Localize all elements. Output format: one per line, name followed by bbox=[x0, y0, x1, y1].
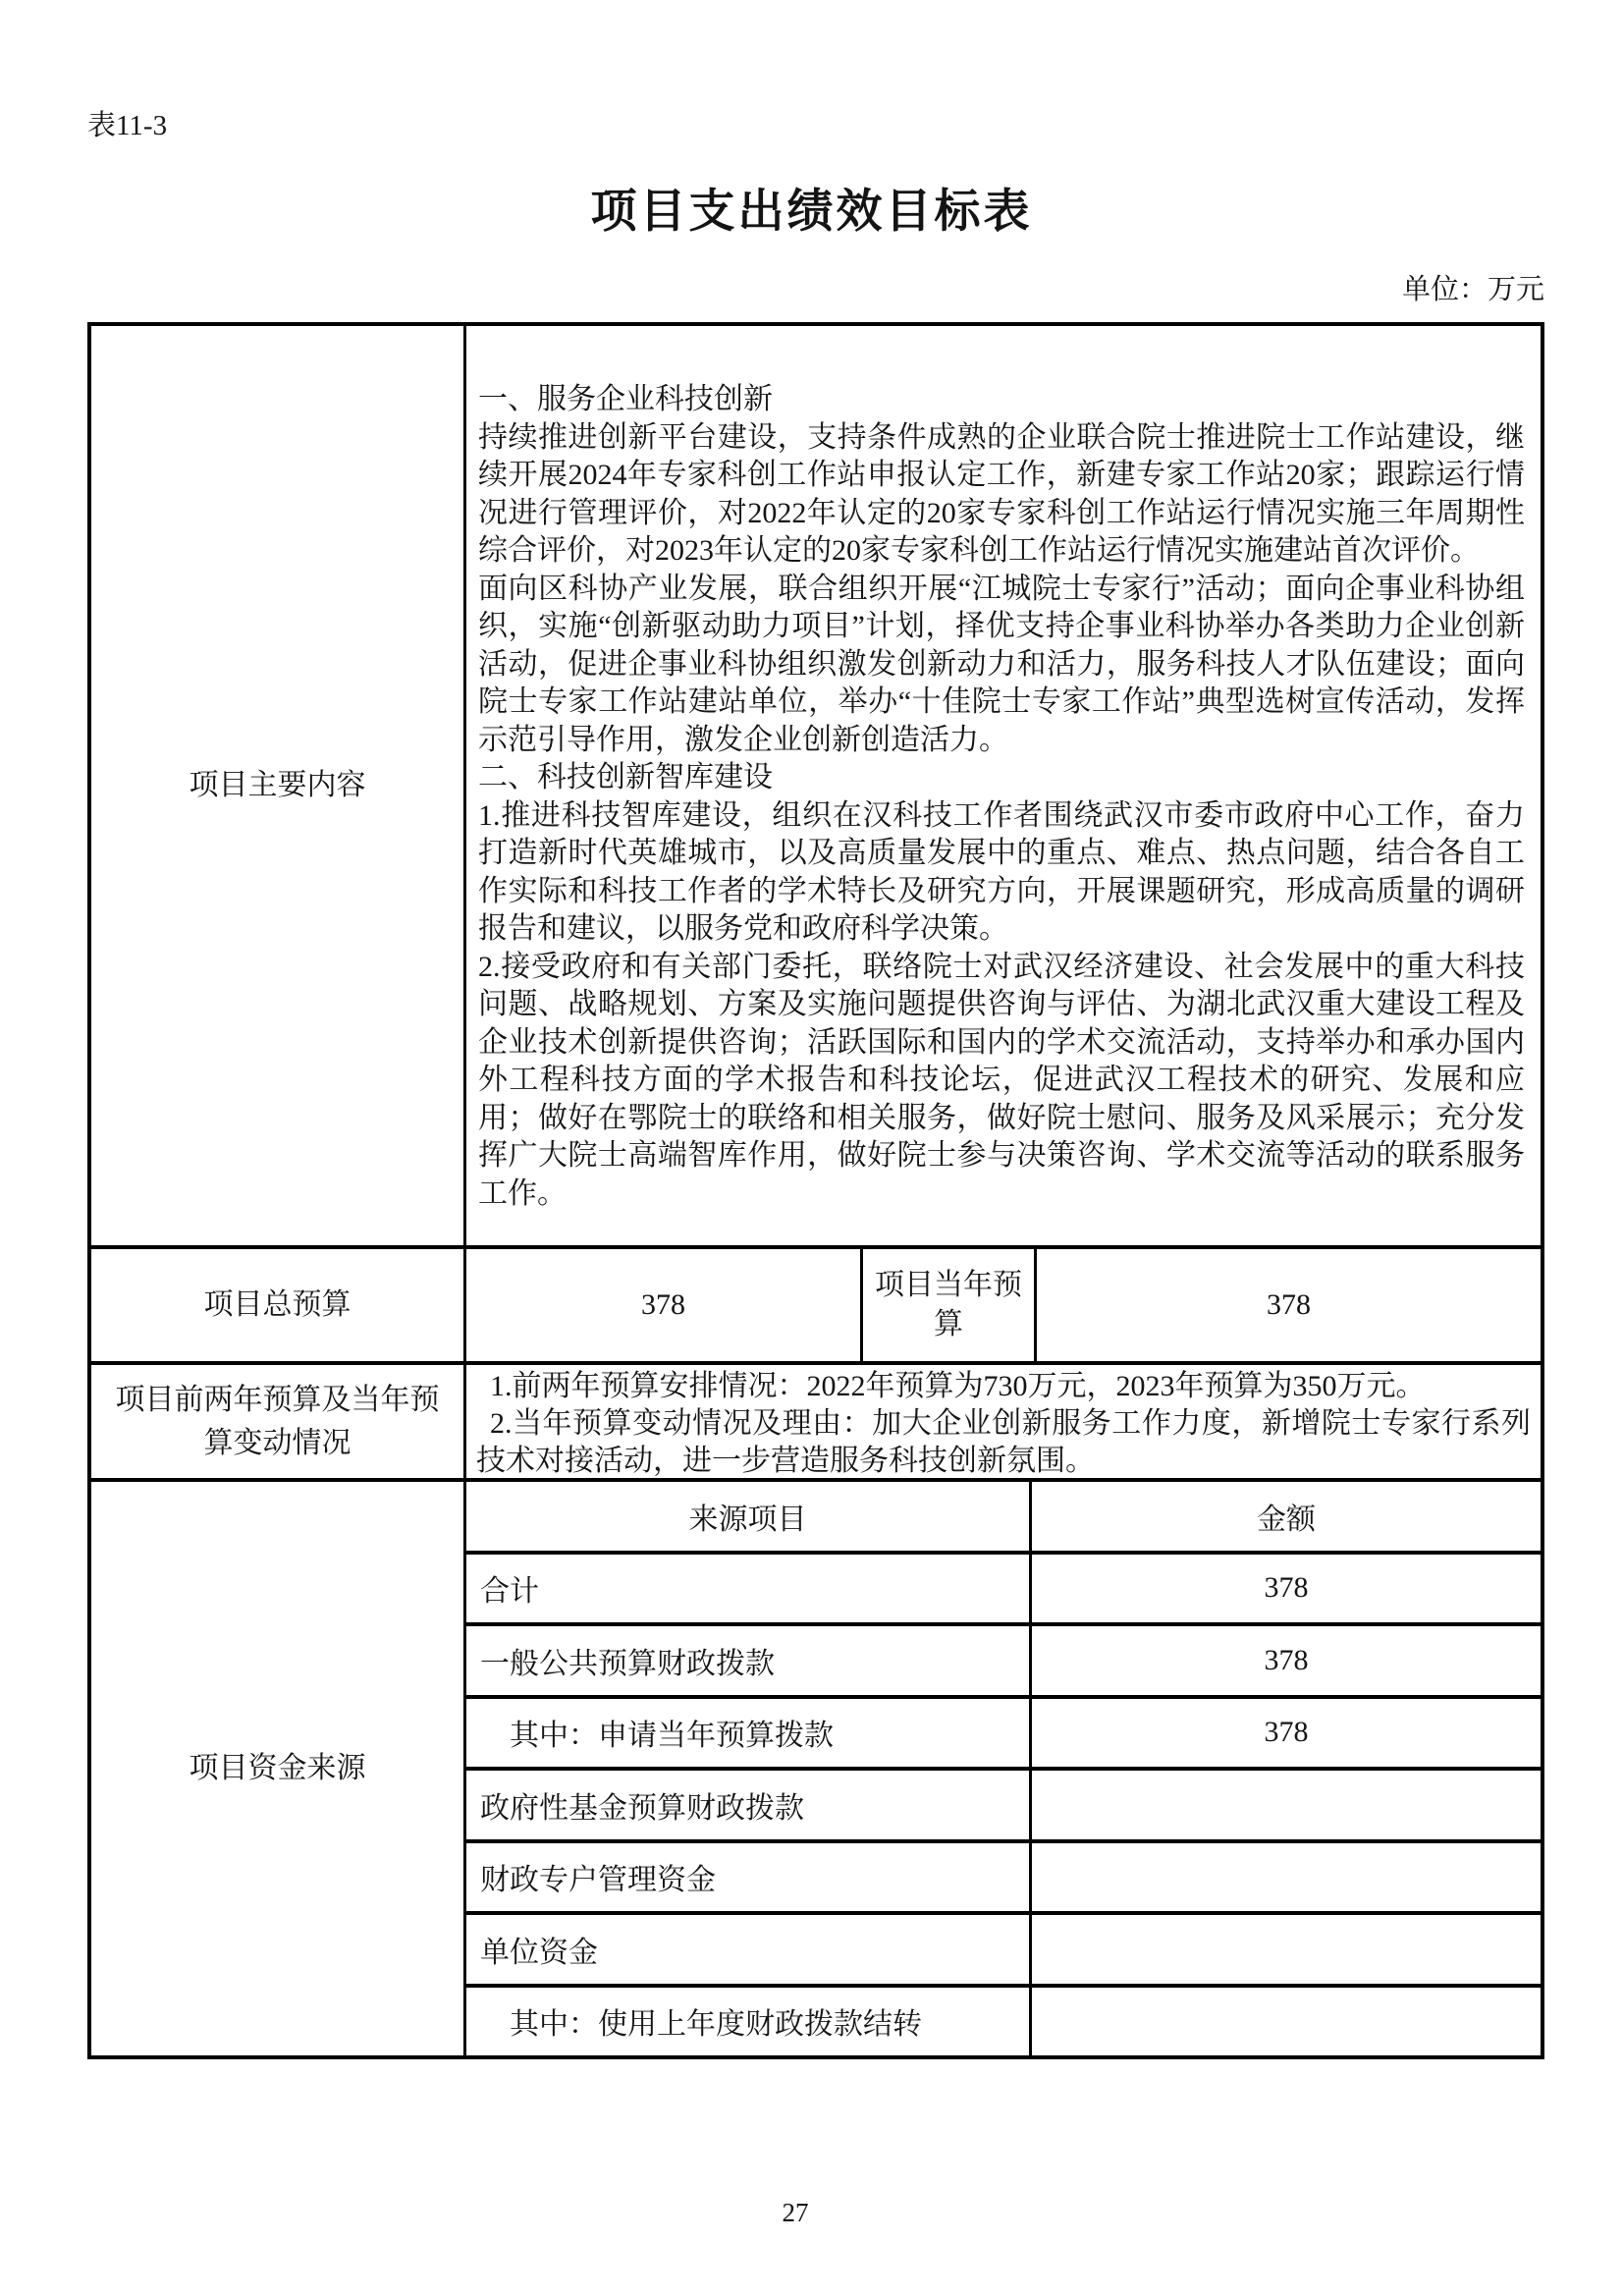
budget-row: 项目总预算 378 项目当年预算 378 bbox=[91, 1249, 1541, 1365]
prior-budget-line: 1.前两年预算安排情况：2022年预算为730万元，2023年预算为350万元。 bbox=[476, 1368, 1531, 1405]
total-budget-label: 项目总预算 bbox=[91, 1249, 466, 1361]
main-content-row: 项目主要内容 一、服务企业科技创新 持续推进创新平台建设，支持条件成熟的企业联合… bbox=[91, 326, 1541, 1249]
main-content-cell: 一、服务企业科技创新 持续推进创新平台建设，支持条件成熟的企业联合院士推进院士工… bbox=[466, 326, 1541, 1245]
funding-name: 财政专户管理资金 bbox=[466, 1843, 1032, 1912]
performance-target-table: 项目主要内容 一、服务企业科技创新 持续推进创新平台建设，支持条件成熟的企业联合… bbox=[87, 322, 1544, 2059]
funding-amount bbox=[1032, 1988, 1541, 2056]
funding-row-current-year-request: 其中：申请当年预算拨款 378 bbox=[466, 1695, 1541, 1768]
funding-row-label: 项目资金来源 bbox=[91, 1482, 466, 2055]
funding-row-carryover: 其中：使用上年度财政拨款结转 bbox=[466, 1984, 1541, 2056]
current-year-budget-value: 378 bbox=[1037, 1249, 1541, 1361]
prior-budget-row: 项目前两年预算及当年预算变动情况 1.前两年预算安排情况：2022年预算为730… bbox=[91, 1365, 1541, 1482]
content-paragraph: 二、科技创新智库建设 bbox=[478, 759, 1525, 797]
funding-amount bbox=[1032, 1843, 1541, 1912]
funding-name: 其中：使用上年度财政拨款结转 bbox=[466, 1988, 1032, 2056]
funding-header-row: 来源项目 金额 bbox=[466, 1482, 1541, 1551]
funding-amount bbox=[1032, 1771, 1541, 1839]
funding-amount: 378 bbox=[1032, 1555, 1541, 1623]
funding-name: 政府性基金预算财政拨款 bbox=[466, 1771, 1032, 1839]
page-number: 27 bbox=[0, 2198, 1591, 2228]
content-paragraph: 一、服务企业科技创新 bbox=[478, 381, 1525, 419]
prior-budget-row-label: 项目前两年预算及当年预算变动情况 bbox=[91, 1365, 466, 1478]
funding-subtable: 来源项目 金额 合计 378 一般公共预算财政拨款 378 其中：申请当年预算拨… bbox=[466, 1482, 1541, 2055]
content-paragraph: 面向区科协产业发展，联合组织开展“江城院士专家行”活动；面向企事业科协组织，实施… bbox=[478, 571, 1525, 760]
funding-section: 项目资金来源 来源项目 金额 合计 378 一般公共预算财政拨款 378 其中：… bbox=[91, 1482, 1541, 2055]
total-budget-value: 378 bbox=[466, 1249, 863, 1361]
current-year-budget-label: 项目当年预算 bbox=[863, 1249, 1037, 1361]
content-paragraph: 1.推进科技智库建设，组织在汉科技工作者围绕武汉市委市政府中心工作，奋力打造新时… bbox=[478, 797, 1525, 949]
funding-col-amount: 金额 bbox=[1032, 1482, 1541, 1551]
content-paragraph: 2.接受政府和有关部门委托，联络院士对武汉经济建设、社会发展中的重大科技问题、战… bbox=[478, 949, 1525, 1214]
funding-name: 单位资金 bbox=[466, 1915, 1032, 1984]
unit-label: 单位：万元 bbox=[1402, 267, 1544, 307]
funding-amount bbox=[1032, 1915, 1541, 1984]
document-page: 表11-3 项目支出绩效目标表 单位：万元 项目主要内容 一、服务企业科技创新 … bbox=[0, 0, 1623, 2296]
content-paragraph: 持续推进创新平台建设，支持条件成熟的企业联合院士推进院士工作站建设，继续开展20… bbox=[478, 419, 1525, 571]
funding-row-public-budget: 一般公共预算财政拨款 378 bbox=[466, 1622, 1541, 1695]
funding-name: 其中：申请当年预算拨款 bbox=[466, 1699, 1032, 1768]
funding-name: 一般公共预算财政拨款 bbox=[466, 1626, 1032, 1695]
funding-row-unit-funds: 单位资金 bbox=[466, 1911, 1541, 1984]
funding-row-total: 合计 378 bbox=[466, 1551, 1541, 1623]
funding-amount: 378 bbox=[1032, 1699, 1541, 1768]
form-number: 表11-3 bbox=[87, 103, 167, 143]
funding-row-gov-fund: 政府性基金预算财政拨款 bbox=[466, 1767, 1541, 1839]
prior-budget-line: 2.当年预算变动情况及理由：加大企业创新服务工作力度，新增院士专家行系列技术对接… bbox=[476, 1405, 1531, 1480]
prior-budget-cell: 1.前两年预算安排情况：2022年预算为730万元，2023年预算为350万元。… bbox=[466, 1365, 1541, 1478]
main-content-row-label: 项目主要内容 bbox=[91, 326, 466, 1245]
funding-col-source: 来源项目 bbox=[466, 1482, 1032, 1551]
funding-name: 合计 bbox=[466, 1555, 1032, 1623]
funding-row-fiscal-account: 财政专户管理资金 bbox=[466, 1839, 1541, 1912]
page-title: 项目支出绩效目标表 bbox=[0, 175, 1623, 241]
funding-amount: 378 bbox=[1032, 1626, 1541, 1695]
